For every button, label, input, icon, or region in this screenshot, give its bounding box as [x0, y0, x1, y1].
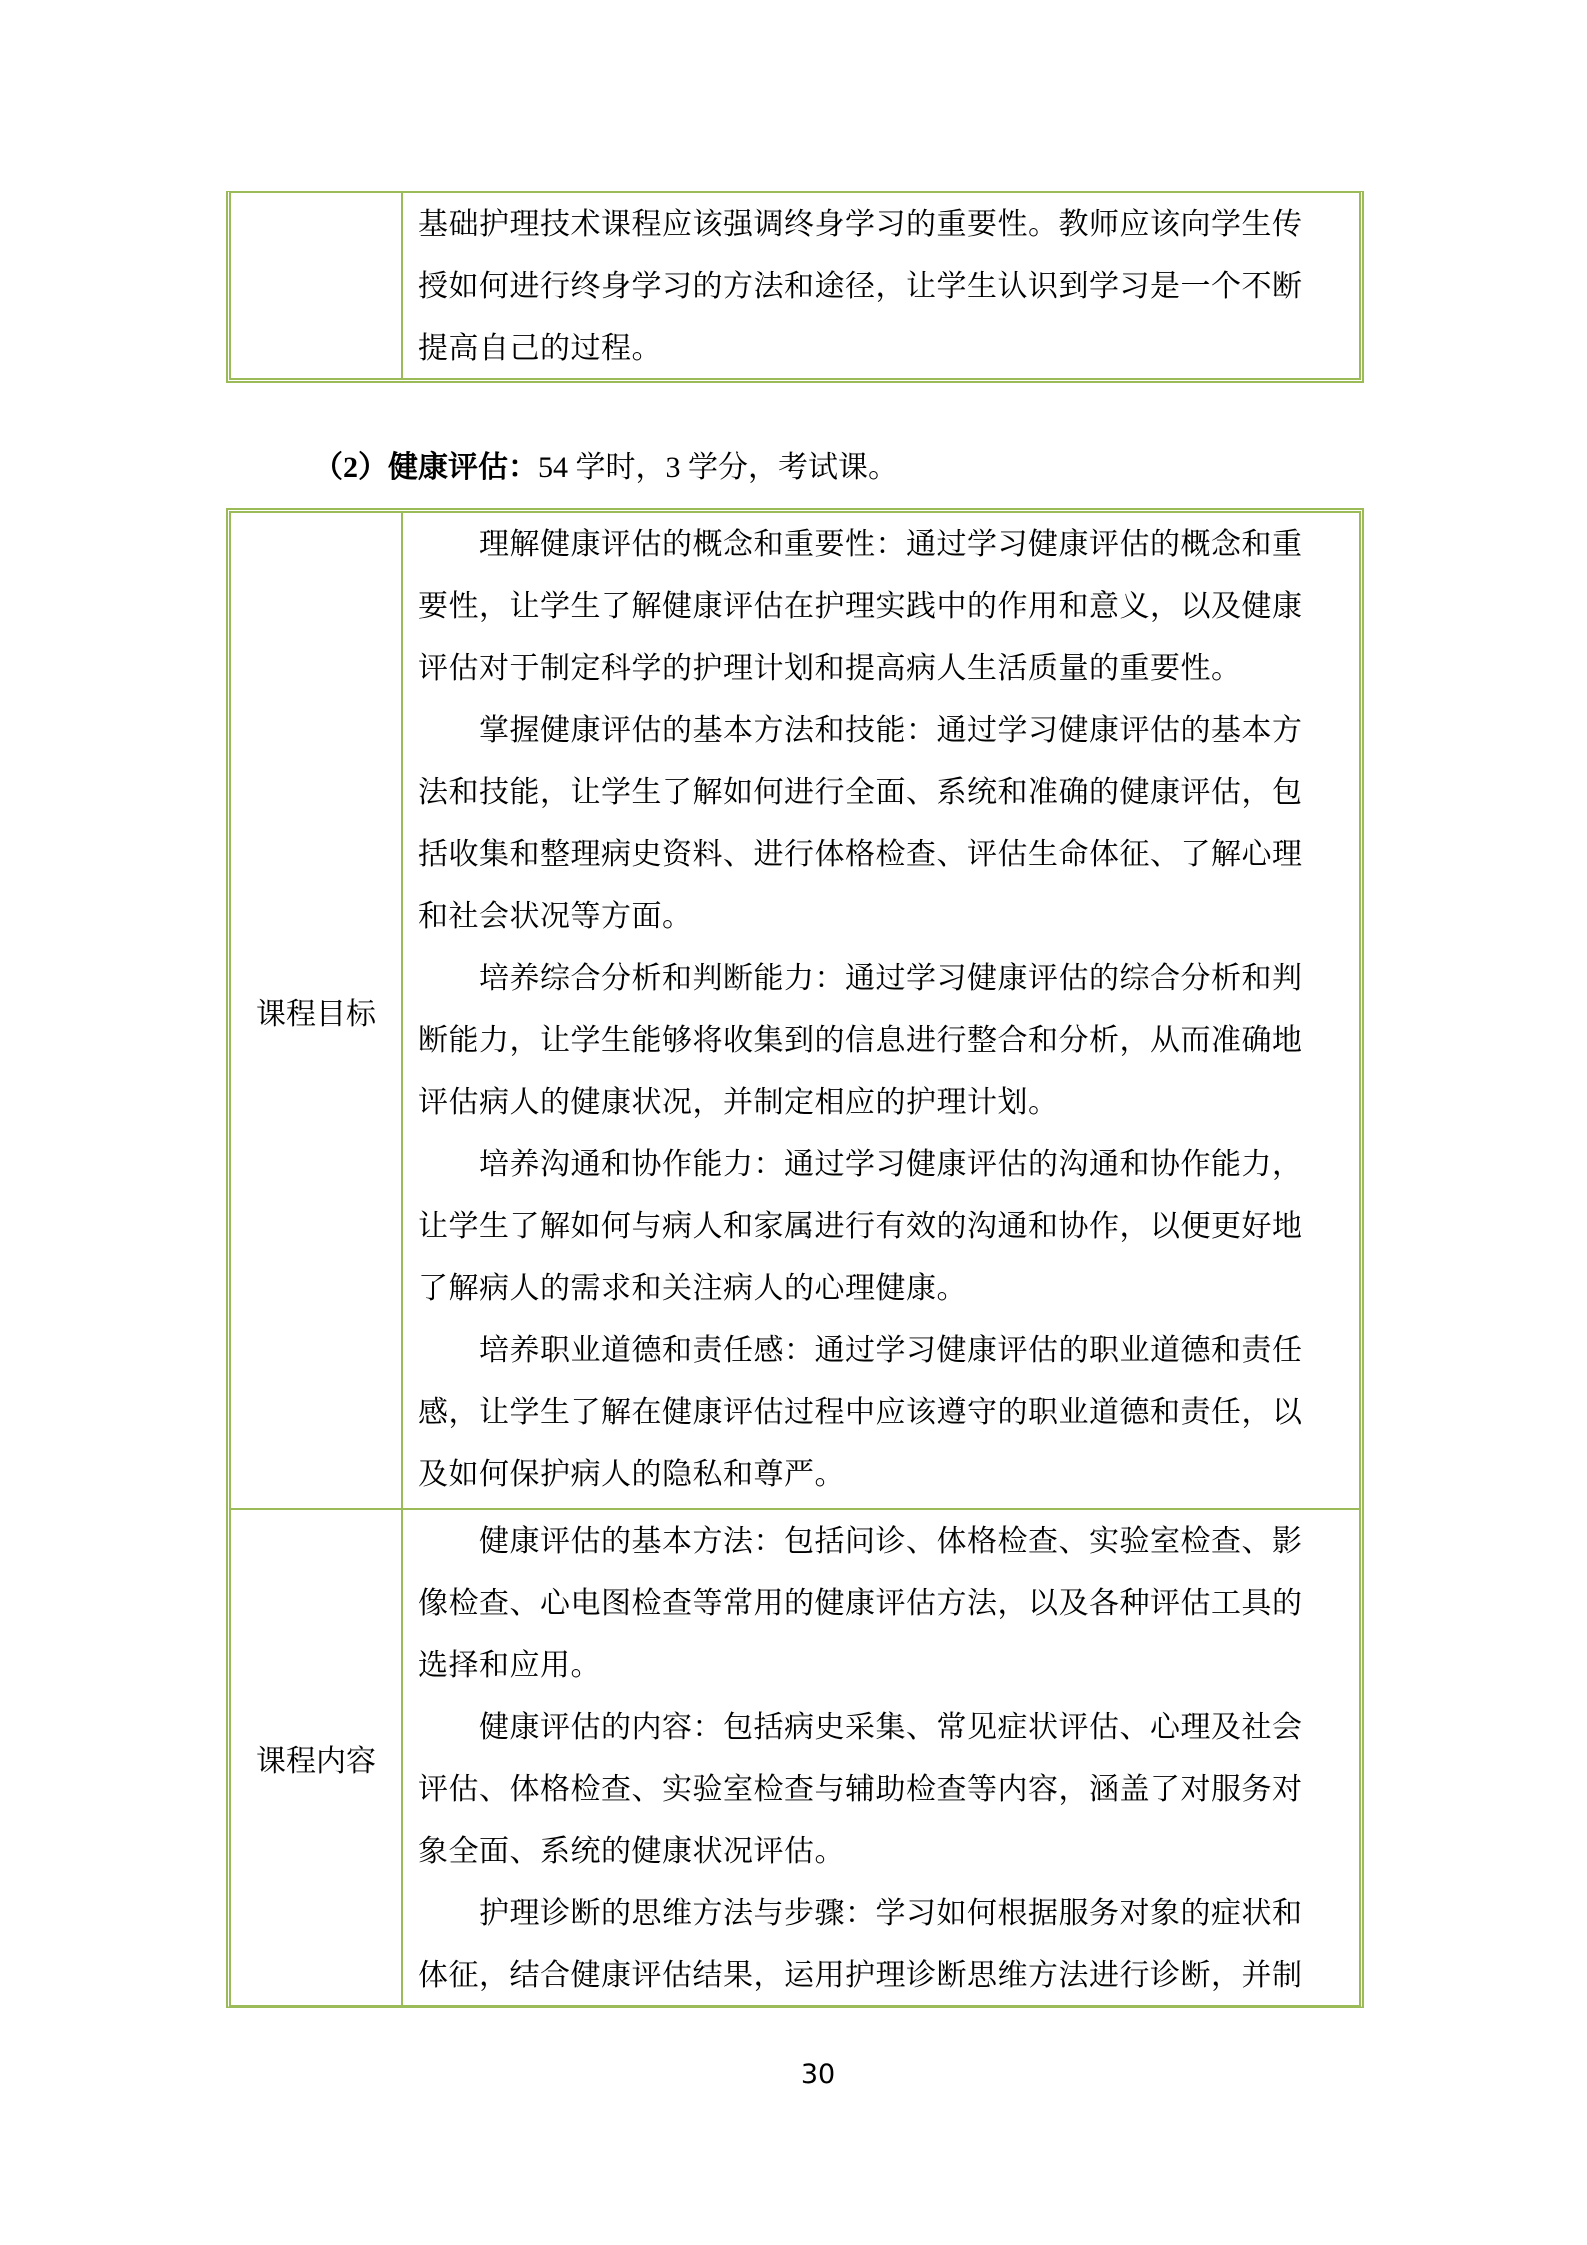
- section-heading: （2）健康评估：54 学时，3 学分，考试课。: [313, 444, 898, 492]
- objectives-content-cell: 理解健康评估的概念和重要性：通过学习健康评估的概念和重 要性，让学生了解健康评估…: [403, 513, 1359, 1508]
- section-heading-info: 54 学时，3 学分，考试课。: [538, 451, 898, 484]
- content-label-cell: 课程内容: [231, 1510, 403, 2005]
- table-row: 基础护理技术课程应该强调终身学习的重要性。教师应该向学生传 授如何进行终身学习的…: [231, 193, 1359, 378]
- content-content-cell: 健康评估的基本方法：包括问诊、体格检查、实验室检查、影 像检查、心电图检查等常用…: [403, 1510, 1359, 2005]
- section-heading-title: （2）健康评估：: [313, 451, 538, 484]
- continuation-table: 基础护理技术课程应该强调终身学习的重要性。教师应该向学生传 授如何进行终身学习的…: [226, 191, 1364, 383]
- course-table: 课程目标 理解健康评估的概念和重要性：通过学习健康评估的概念和重 要性，让学生了…: [226, 508, 1364, 2008]
- page-number: 30: [778, 2060, 858, 2090]
- continuation-content-cell: 基础护理技术课程应该强调终身学习的重要性。教师应该向学生传 授如何进行终身学习的…: [403, 193, 1359, 378]
- document-page: { "colors":{ "table_border":"#9BBB59", "…: [0, 0, 1587, 2245]
- table-row-objectives: 课程目标 理解健康评估的概念和重要性：通过学习健康评估的概念和重 要性，让学生了…: [231, 513, 1359, 1510]
- table-row-content: 课程内容 健康评估的基本方法：包括问诊、体格检查、实验室检查、影 像检查、心电图…: [231, 1510, 1359, 2005]
- continuation-label-cell: [231, 193, 403, 378]
- objectives-label-cell: 课程目标: [231, 513, 403, 1508]
